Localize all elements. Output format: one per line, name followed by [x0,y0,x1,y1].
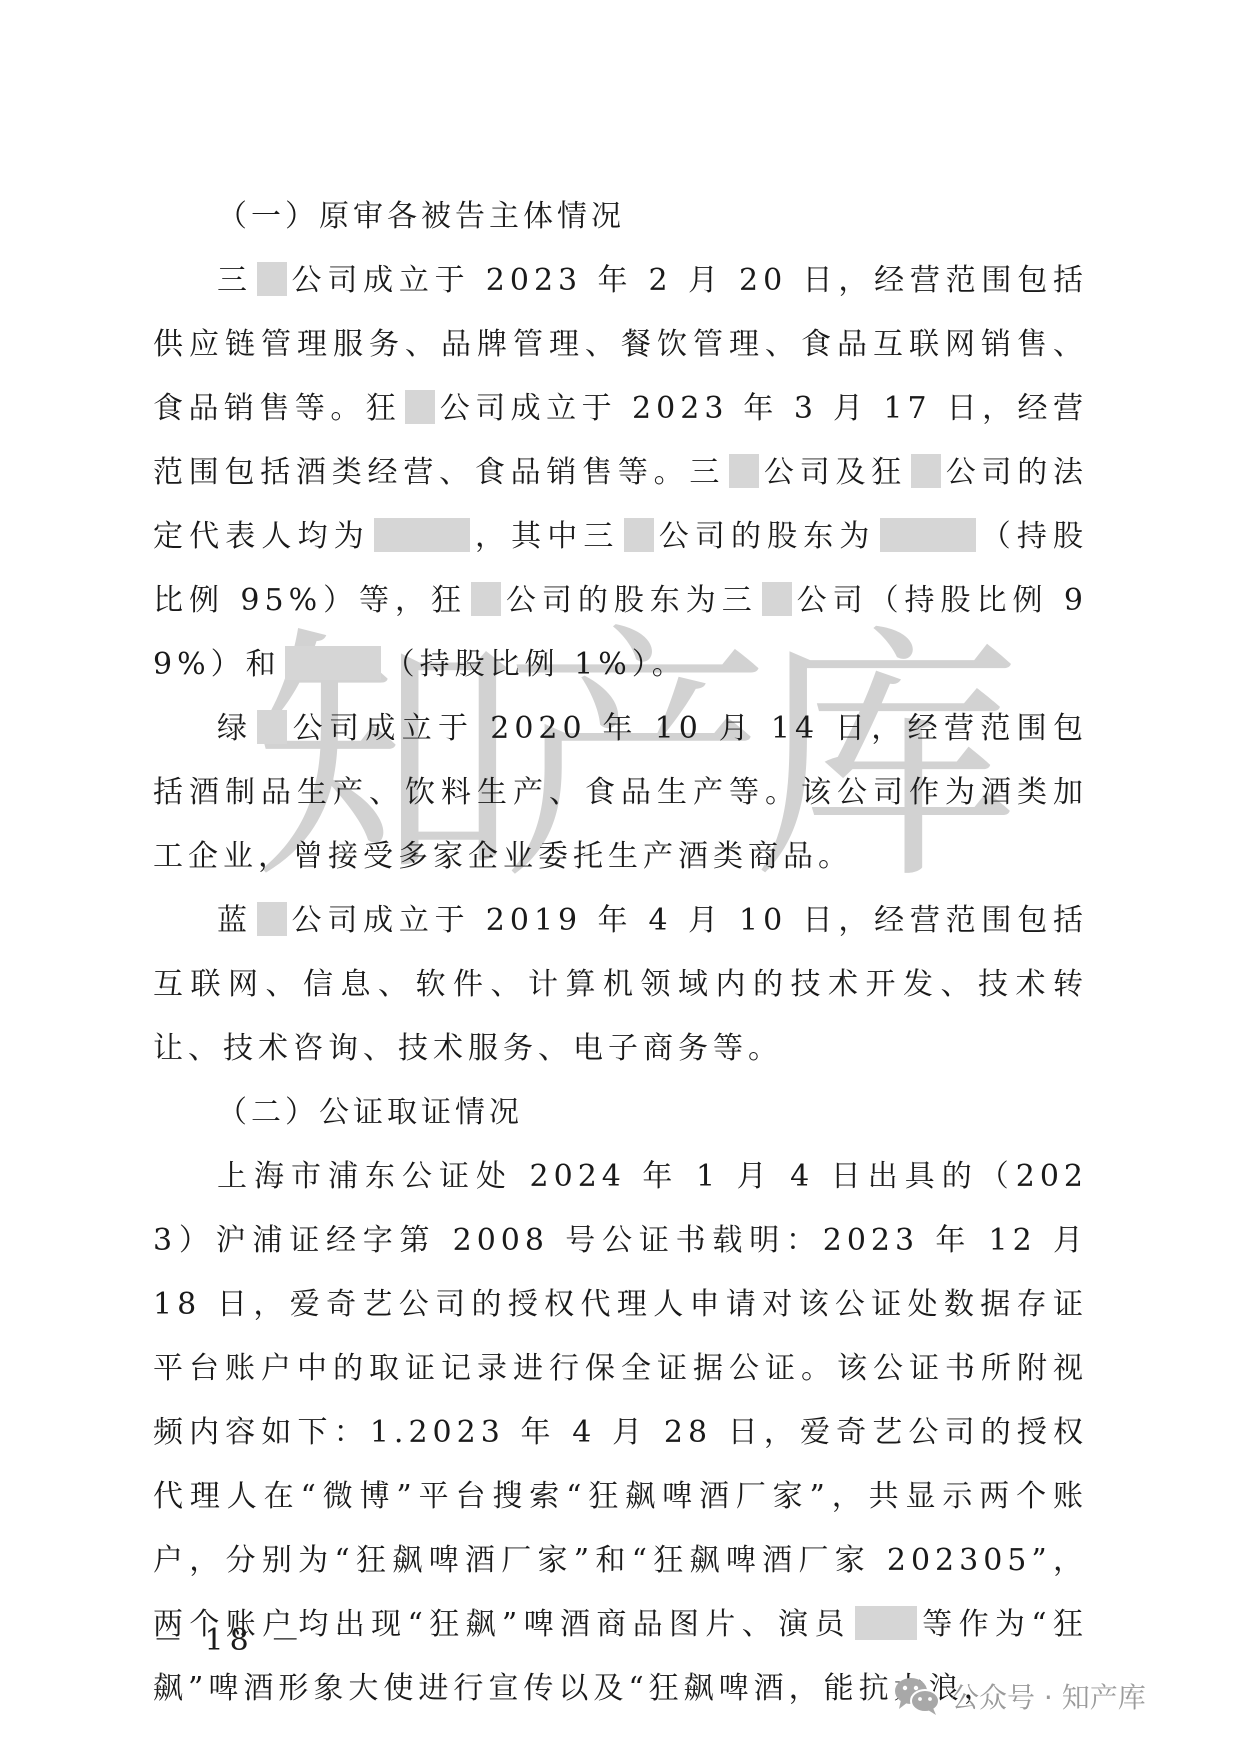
redaction-box [471,582,501,616]
redaction-box [257,902,287,936]
text-segment: 公司及狂 [763,455,907,490]
text-segment: 公司的股东为 [658,519,876,554]
redaction-box [880,518,976,552]
text-segment: 上海市浦东公证处 2024 年 1 月 4 日出具的（2023）沪浦证经字第 2… [153,1159,1088,1642]
redaction-box [405,390,435,424]
redaction-box [855,1606,917,1640]
redaction-box [762,582,792,616]
redaction-box [374,518,470,552]
text-segment: 公司成立于 2020 年 10 月 14 日，经营范围包括酒制品生产、饮料生产、… [153,711,1088,874]
text-segment: 蓝 [217,903,253,938]
wechat-account-badge: 公众号 · 知产库 [893,1676,1146,1716]
paragraph-defendant-lvx: 绿公司成立于 2020 年 10 月 14 日，经营范围包括酒制品生产、饮料生产… [153,697,1088,889]
text-segment: ，其中三 [474,519,620,554]
paragraph-defendants-sanx-kuangx: 三公司成立于 2023 年 2 月 20 日，经营范围包括供应链管理服务、品牌管… [153,249,1088,697]
redaction-box [257,710,287,744]
page-number: － 18 － [153,1615,306,1659]
wechat-icon [893,1676,941,1716]
text-segment: 公司成立于 2019 年 4 月 10 日，经营范围包括互联网、信息、软件、计算… [153,903,1088,1066]
redaction-box [285,646,381,680]
redaction-box [729,454,759,488]
paragraph-defendant-lanx: 蓝公司成立于 2019 年 4 月 10 日，经营范围包括互联网、信息、软件、计… [153,889,1088,1081]
section-heading-2: （二）公证取证情况 [153,1081,1088,1145]
text-segment: 公司的股东为三 [505,583,758,618]
section-heading-1: （一）原审各被告主体情况 [153,185,1088,249]
redaction-box [257,262,287,296]
text-segment: 三 [217,263,253,298]
document-page: （一）原审各被告主体情况 三公司成立于 2023 年 2 月 20 日，经营范围… [153,185,1088,1721]
text-segment: 绿 [217,711,253,746]
redaction-box [911,454,941,488]
wechat-account-label: 公众号 · 知产库 [951,1676,1146,1716]
text-segment: （持股比例 1%）。 [385,647,687,682]
redaction-box [624,518,654,552]
